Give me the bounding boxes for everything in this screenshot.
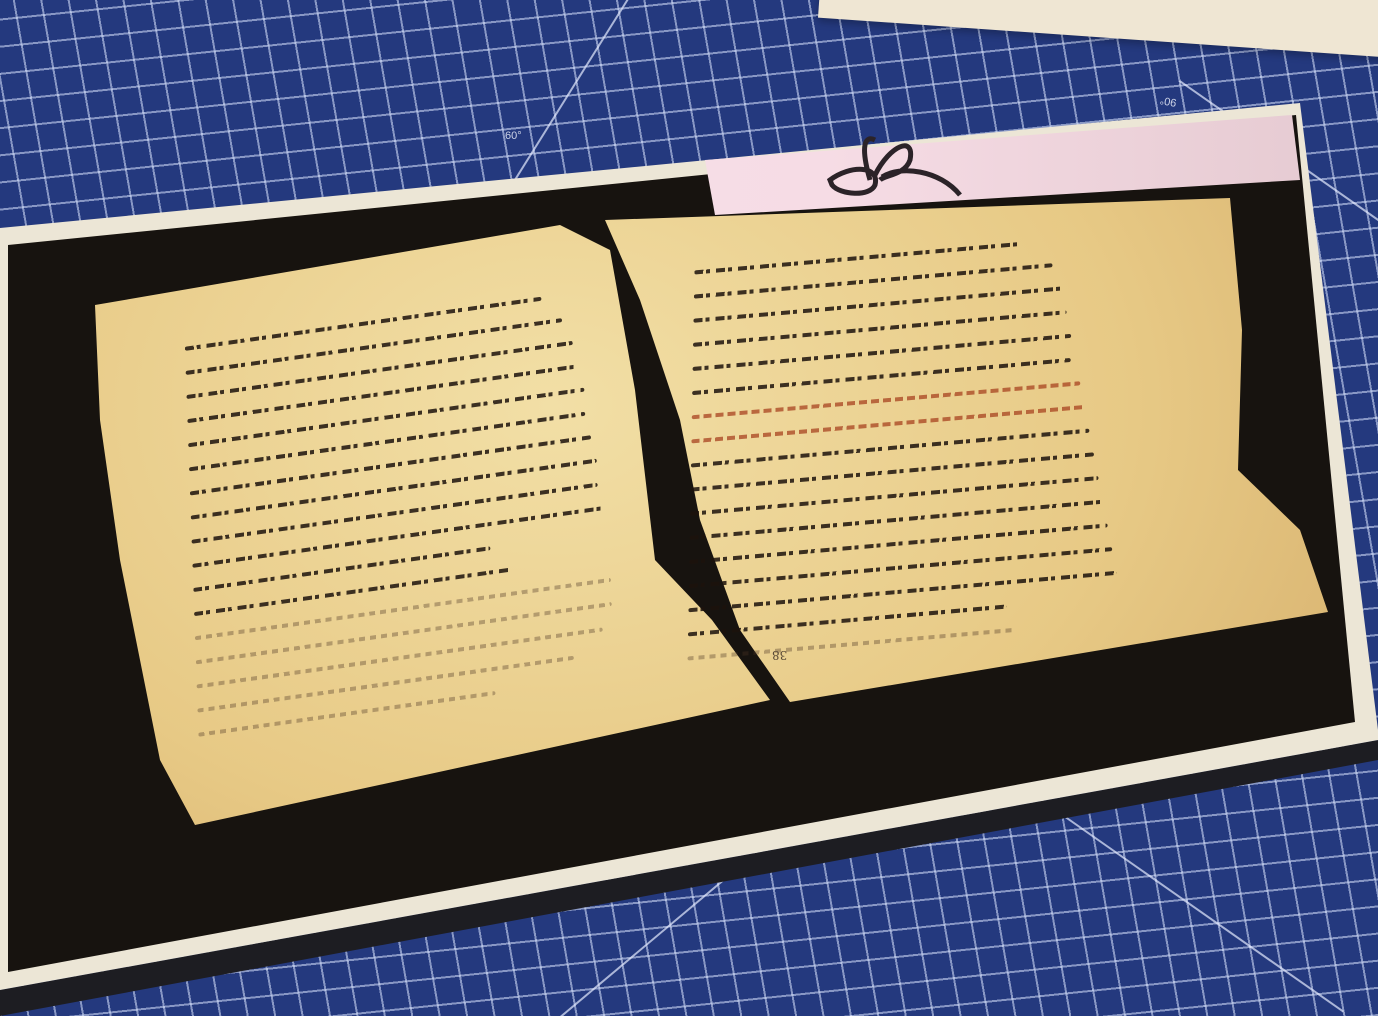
script-line: [189, 412, 585, 472]
script-line: [187, 364, 578, 423]
script-line: [194, 568, 511, 617]
script-line: [688, 571, 1116, 612]
undertext-line: [197, 656, 573, 713]
script-line: [186, 341, 572, 399]
left-leaf-text-block: [185, 291, 595, 757]
undertext-line: [687, 628, 1016, 661]
picture-frame: 38: [0, 0, 1378, 1016]
script-line: [188, 388, 584, 448]
script-line: [193, 546, 490, 592]
folio-number: 38: [772, 648, 787, 662]
script-line: [688, 605, 1007, 637]
right-leaf-text-block: [687, 237, 1073, 680]
string-reflection: [820, 135, 1020, 205]
script-line: [689, 547, 1112, 588]
